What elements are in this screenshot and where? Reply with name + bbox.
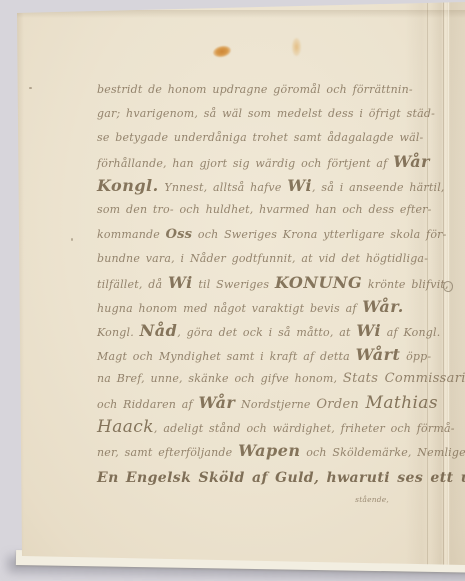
- manuscript-line: stående,: [97, 492, 431, 507]
- manuscript-line: hugna honom med något varaktigt bevis af…: [97, 295, 431, 319]
- text-segment: af Kongl.: [381, 326, 440, 339]
- manuscript-line: Haack, adeligt stånd och wärdighet, frih…: [97, 415, 431, 439]
- manuscript-line: Kongl. Nåd, göra det ock i så måtto, at …: [97, 319, 431, 343]
- manuscript-line: bundne vara, i Nåder godtfunnit, at vid …: [97, 247, 431, 271]
- text-segment: som den tro- och huldhet, hvarmed han oc…: [97, 203, 432, 216]
- text-segment: , adeligt stånd och wärdighet, friheter …: [154, 422, 455, 435]
- manuscript-line: gar; hvarigenom, så wäl som medelst dess…: [97, 102, 431, 126]
- text-segment: ner, samt efterföljande: [97, 446, 238, 459]
- text-segment: Wapen: [238, 441, 300, 460]
- text-segment: En Engelsk Sköld af Guld, hwaruti ses et…: [97, 470, 465, 486]
- text-segment: Wi: [287, 176, 312, 195]
- text-segment: förhållande, han gjort sig wärdig och fö…: [97, 157, 393, 170]
- manuscript-line: bestridt de honom updragne göromål och f…: [97, 78, 431, 102]
- ink-speck: [29, 87, 32, 89]
- text-segment: til Sweriges: [193, 278, 275, 291]
- text-segment: Oss: [166, 227, 193, 242]
- text-segment: Nåd: [140, 321, 178, 340]
- text-segment: gar; hvarigenom, så wäl som medelst dess…: [97, 107, 435, 120]
- text-segment: Wi: [356, 321, 381, 340]
- text-segment: kommande: [97, 228, 166, 241]
- ink-speck: [71, 238, 73, 241]
- manuscript-line: se betygade underdåniga trohet samt ådag…: [97, 126, 431, 150]
- text-segment: och Sweriges Krona ytterligare skola för…: [192, 228, 446, 241]
- text-segment: KONUNG: [275, 273, 362, 292]
- manuscript-text: bestridt de honom updragne göromål och f…: [97, 78, 431, 507]
- manuscript-line: som den tro- och huldhet, hvarmed han oc…: [97, 198, 431, 222]
- text-segment: Wår.: [362, 297, 403, 316]
- text-segment: Kongl.: [97, 326, 140, 339]
- manuscript-line: ner, samt efterföljande Wapen och Skölde…: [97, 439, 431, 463]
- text-segment: Nordstjerne: [235, 398, 316, 411]
- text-segment: hugna honom med något varaktigt bevis af: [97, 302, 362, 315]
- text-segment: Kongl.: [97, 176, 159, 195]
- manuscript-line: förhållande, han gjort sig wärdig och fö…: [97, 150, 431, 174]
- manuscript-line: Magt och Myndighet samt i kraft af detta…: [97, 343, 431, 367]
- manuscript-line: na Bref, unne, skänke och gifve honom, S…: [97, 367, 431, 391]
- text-segment: och Sköldemärke, Nemligen,: [301, 446, 465, 459]
- text-segment: Haack: [97, 417, 154, 437]
- stain: [292, 38, 301, 56]
- text-segment: na Bref, unne, skänke och gifve honom,: [97, 372, 343, 385]
- paper-top-edge-shade: [0, 10, 465, 18]
- manuscript-line: kommande Oss och Sweriges Krona ytterlig…: [97, 223, 431, 247]
- text-segment: Mathias: [366, 393, 438, 413]
- text-segment: Orden: [316, 397, 365, 412]
- text-segment: , göra det ock i så måtto, at: [177, 326, 356, 339]
- text-segment: öpp-: [400, 350, 431, 363]
- manuscript-line: tilfället, då Wi til Sweriges KONUNG krö…: [97, 271, 431, 295]
- text-segment: stående,: [355, 495, 389, 504]
- text-segment: Wårt: [356, 345, 401, 364]
- text-segment: Wår: [393, 152, 430, 171]
- text-segment: Wår: [198, 393, 235, 412]
- text-segment: Wi: [168, 273, 193, 292]
- text-segment: se betygade underdåniga trohet samt ådag…: [97, 131, 423, 144]
- stain: [212, 44, 232, 59]
- scan-background: bestridt de honom updragne göromål och f…: [0, 0, 465, 581]
- manuscript-line: En Engelsk Sköld af Guld, hwaruti ses et…: [97, 464, 431, 492]
- text-segment: Ynnest, alltså hafve: [159, 181, 288, 194]
- text-segment: bundne vara, i Nåder godtfunnit, at vid …: [97, 252, 428, 265]
- text-segment: tilfället, då: [97, 278, 168, 291]
- text-segment: krönte blifvit,: [362, 278, 449, 291]
- text-segment: Stats Commissarien: [343, 371, 465, 386]
- manuscript-line: och Riddaren af Wår Nordstjerne Orden Ma…: [97, 391, 431, 415]
- manuscript-page: bestridt de honom updragne göromål och f…: [0, 0, 465, 581]
- text-segment: bestridt de honom updragne göromål och f…: [97, 83, 413, 96]
- text-segment: och Riddaren af: [97, 398, 198, 411]
- text-segment: , så i anseende härtil,: [312, 181, 445, 194]
- manuscript-line: Kongl. Ynnest, alltså hafve Wi, så i ans…: [97, 174, 431, 198]
- paper-left-edge-shade: [16, 0, 24, 581]
- text-segment: Magt och Myndighet samt i kraft af detta: [97, 350, 356, 363]
